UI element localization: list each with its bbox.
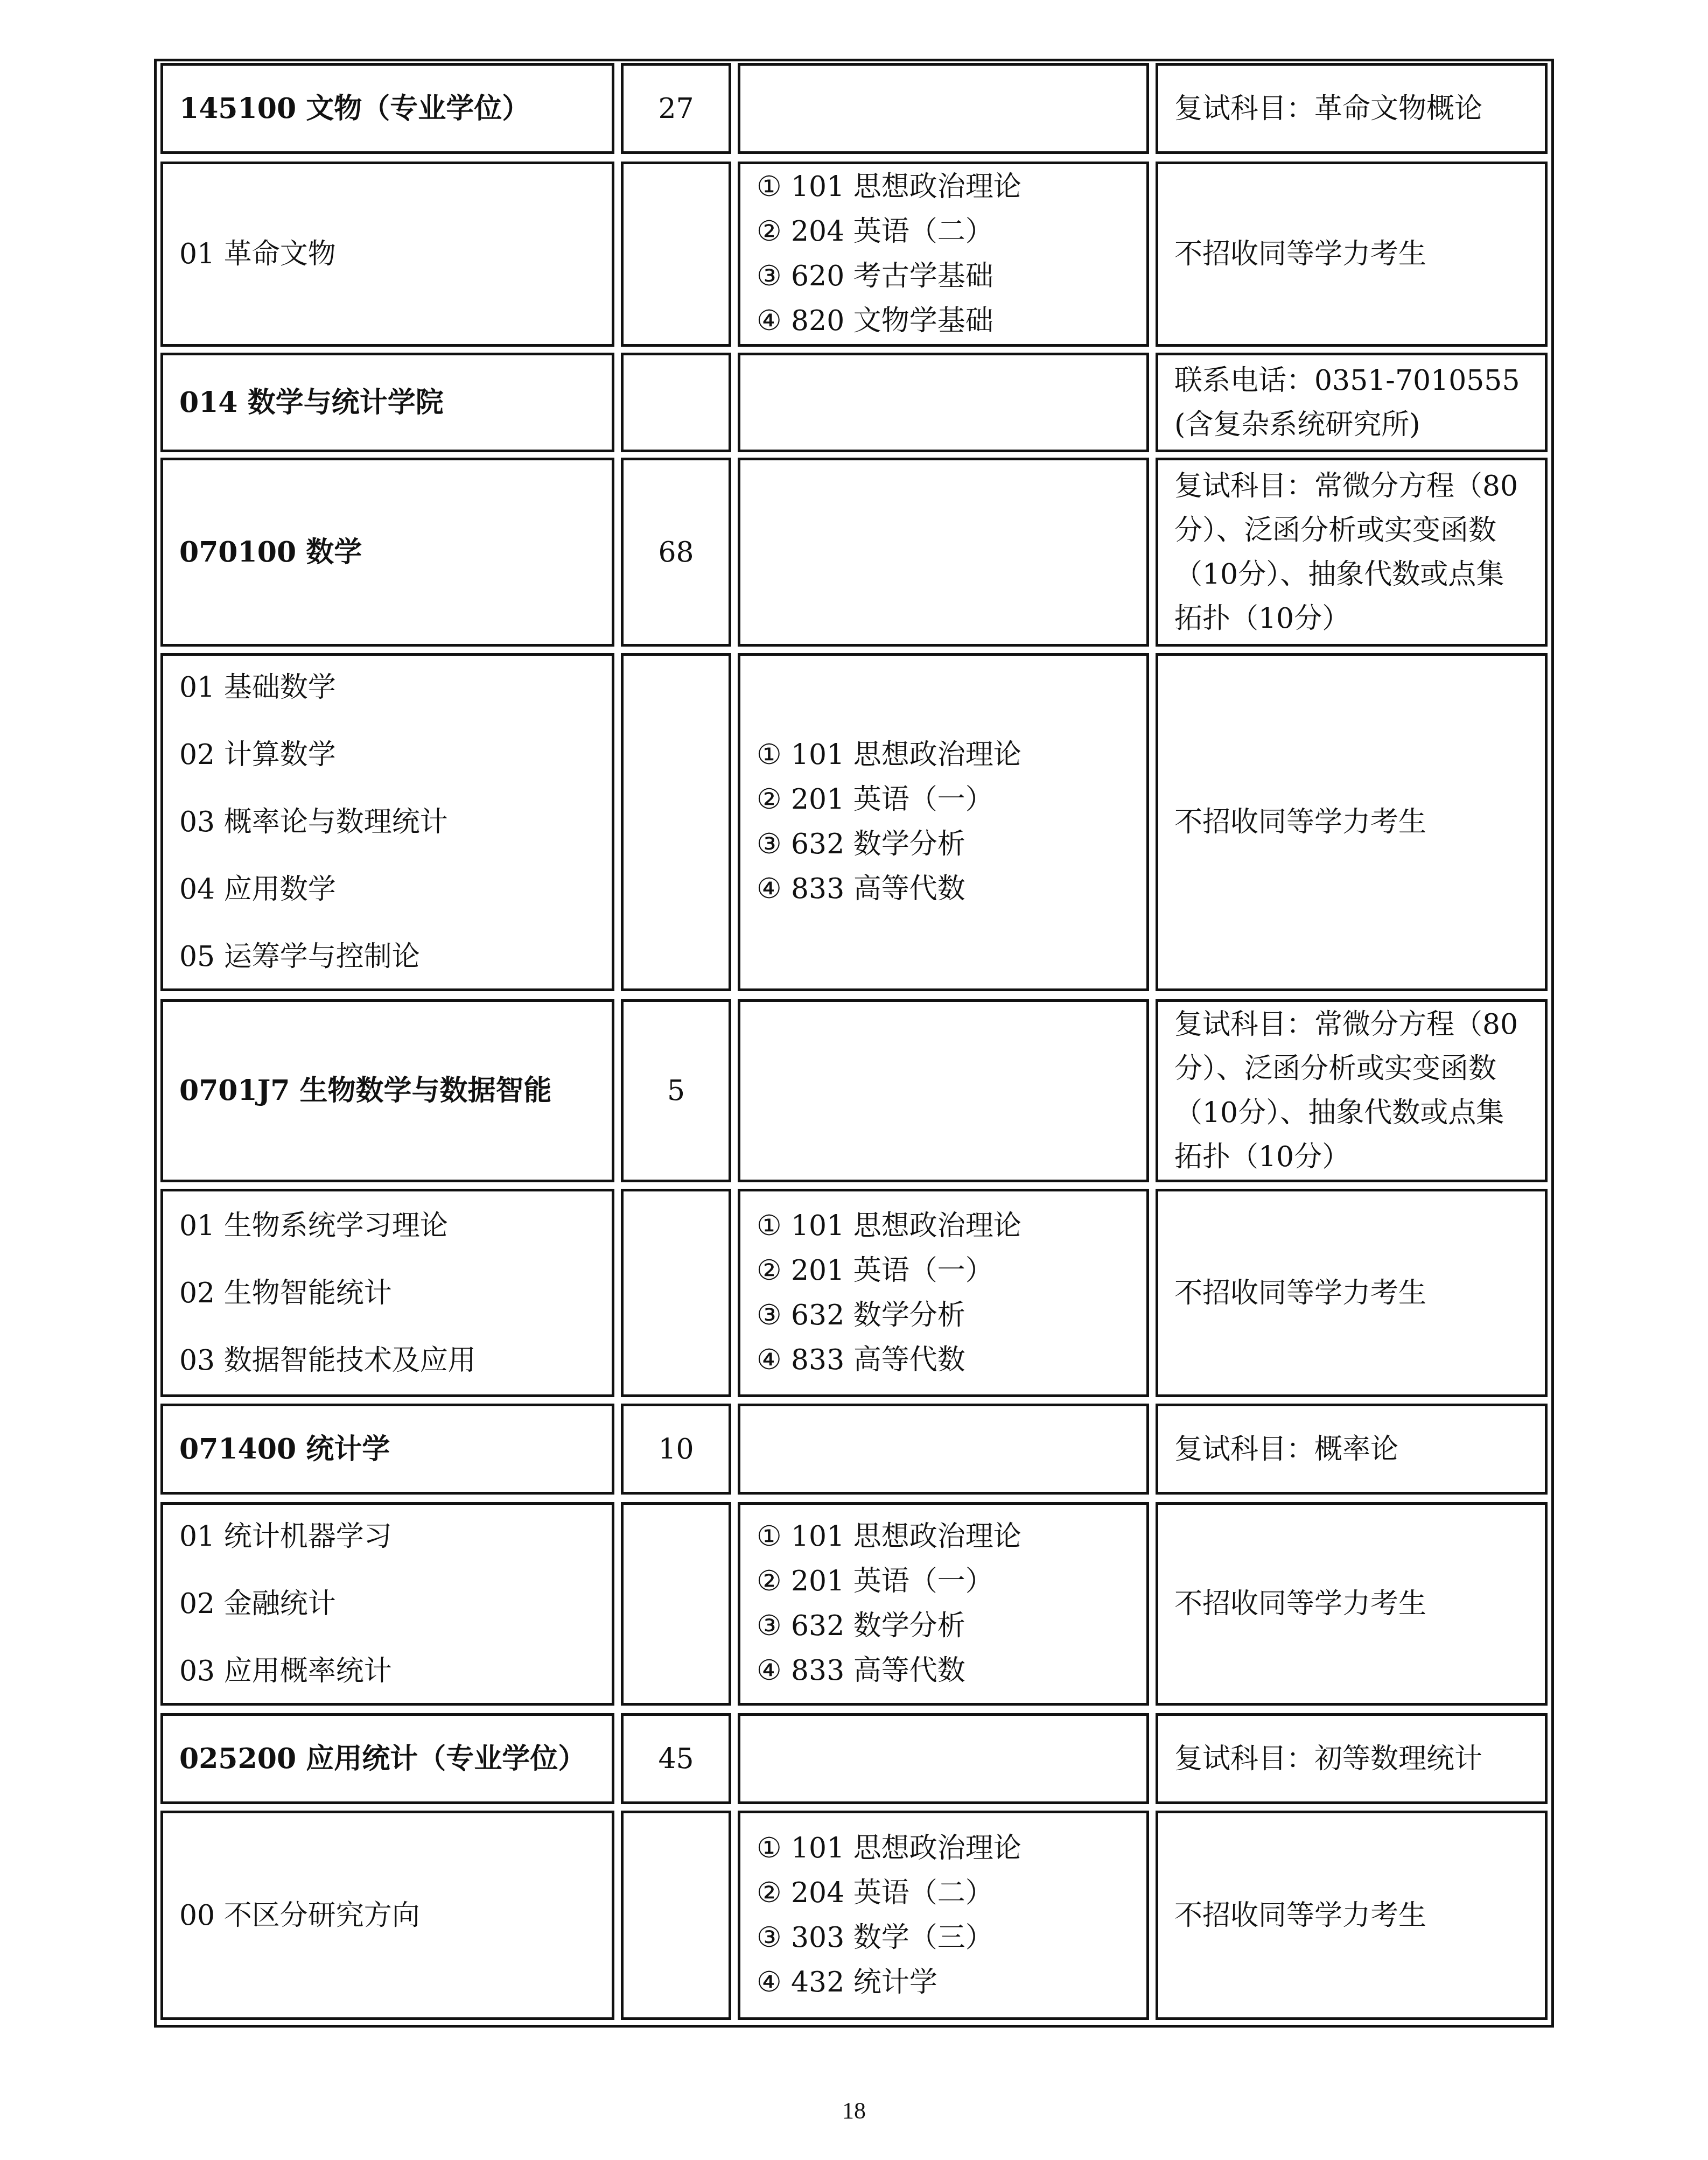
subject-item: ④833 高等代数 (757, 1649, 1021, 1693)
subject-item: ③632 数学分析 (757, 1604, 1021, 1649)
subject-item: ④432 统计学 (757, 1960, 1021, 2005)
circled-number-2: ② (757, 777, 791, 822)
direction-cell: 01 统计机器学习 02 金融统计 03 应用概率统计 (160, 1502, 614, 1706)
direction-cell: 01 生物系统学习理论 02 生物智能统计 03 数据智能技术及应用 (160, 1189, 614, 1397)
subject-text: 432 统计学 (791, 1960, 937, 2005)
subject-item: ②201 英语（一） (757, 777, 1021, 822)
department-cell: 014 数学与统计学院 (160, 353, 614, 452)
subjects-cell (738, 458, 1149, 647)
major-name: 145100 文物（专业学位） (179, 95, 530, 123)
note-text: 不招收同等学力考生 (1174, 240, 1426, 268)
direction-item: 01 基础数学 (179, 674, 448, 702)
note-text: 不招收同等学力考生 (1174, 1279, 1426, 1307)
subject-text: 204 英语（二） (791, 1871, 993, 1916)
page-number: 18 (0, 2097, 1708, 2124)
subject-text: 101 思想政治理论 (791, 1826, 1021, 1871)
note-line: （10分）、抽象代数或点集 (1174, 1091, 1541, 1135)
major-cell: 145100 文物（专业学位） (160, 63, 614, 154)
direction-cell: 00 不区分研究方向 (160, 1811, 614, 2020)
subjects-list: ①101 思想政治理论 ②204 英语（二） ③620 考古学基础 ④820 文… (757, 165, 1021, 343)
subject-item: ③632 数学分析 (757, 822, 1021, 867)
circled-number-1: ① (757, 1514, 791, 1559)
subjects-cell (738, 1713, 1149, 1804)
circled-number-4: ④ (757, 299, 791, 343)
note-cell: 不招收同等学力考生 (1156, 653, 1548, 991)
major-name: 070100 数学 (179, 538, 362, 566)
direction-item: 00 不区分研究方向 (179, 1902, 420, 1930)
subject-item: ②204 英语（二） (757, 1871, 1021, 1916)
subject-item: ①101 思想政治理论 (757, 165, 1021, 209)
quota-cell (621, 653, 731, 991)
subject-item: ①101 思想政治理论 (757, 1826, 1021, 1871)
subject-text: 101 思想政治理论 (791, 1204, 1021, 1249)
circled-number-1: ① (757, 1826, 791, 1871)
subject-item: ③632 数学分析 (757, 1293, 1021, 1338)
direction-item: 05 运筹学与控制论 (179, 943, 448, 971)
major-cell: 070100 数学 (160, 458, 614, 647)
subject-text: 632 数学分析 (791, 1604, 965, 1649)
subject-item: ①101 思想政治理论 (757, 1204, 1021, 1249)
note-line: 复试科目：常微分方程（80 (1174, 1002, 1541, 1047)
subject-text: 101 思想政治理论 (791, 1514, 1021, 1559)
circled-number-4: ④ (757, 1338, 791, 1383)
subject-item: ②201 英语（一） (757, 1249, 1021, 1293)
note-cell: 复试科目：概率论 (1156, 1404, 1548, 1495)
subjects-cell: ①101 思想政治理论 ②204 英语（二） ③303 数学（三） ④432 统… (738, 1811, 1149, 2020)
department-name: 014 数学与统计学院 (179, 389, 444, 417)
subject-item: ①101 思想政治理论 (757, 1514, 1021, 1559)
note-cell: 复试科目：初等数理统计 (1156, 1713, 1548, 1804)
direction-item: 02 生物智能统计 (179, 1279, 476, 1307)
subject-text: 820 文物学基础 (791, 299, 993, 343)
quota-value: 27 (658, 95, 694, 123)
subjects-list: ①101 思想政治理论 ②201 英语（一） ③632 数学分析 ④833 高等… (757, 1204, 1021, 1383)
direction-cell: 01 基础数学 02 计算数学 03 概率论与数理统计 04 应用数学 05 运… (160, 653, 614, 991)
note-text: 复试科目：初等数理统计 (1174, 1745, 1482, 1773)
direction-item: 03 应用概率统计 (179, 1657, 392, 1685)
circled-number-2: ② (757, 1249, 791, 1293)
note-cell: 复试科目：革命文物概论 (1156, 63, 1548, 154)
note-line: 分）、泛函分析或实变函数 (1174, 1047, 1541, 1091)
direction-list: 01 生物系统学习理论 02 生物智能统计 03 数据智能技术及应用 (179, 1212, 476, 1374)
quota-cell (621, 162, 731, 347)
note-line: 分）、泛函分析或实变函数 (1174, 508, 1541, 552)
direction-item: 01 革命文物 (179, 240, 336, 268)
circled-number-4: ④ (757, 1649, 791, 1693)
note-text: 不招收同等学力考生 (1174, 808, 1426, 836)
subject-text: 201 英语（一） (791, 1249, 993, 1293)
major-name: 0701J7 生物数学与数据智能 (179, 1077, 552, 1105)
direction-list: 01 统计机器学习 02 金融统计 03 应用概率统计 (179, 1523, 392, 1685)
major-name: 025200 应用统计（专业学位） (179, 1745, 586, 1773)
contact-info: 联系电话：0351-7010555 (含复杂系统研究所) (1174, 359, 1541, 447)
subjects-cell: ①101 思想政治理论 ②201 英语（一） ③632 数学分析 ④833 高等… (738, 1502, 1149, 1706)
subject-item: ②201 英语（一） (757, 1559, 1021, 1604)
subject-text: 833 高等代数 (791, 1338, 965, 1383)
note-cell: 不招收同等学力考生 (1156, 1811, 1548, 2020)
subject-text: 632 数学分析 (791, 1293, 965, 1338)
circled-number-3: ③ (757, 1916, 791, 1960)
subject-text: 101 思想政治理论 (791, 165, 1021, 209)
circled-number-3: ③ (757, 254, 791, 299)
subject-text: 303 数学（三） (791, 1916, 993, 1960)
direction-cell: 01 革命文物 (160, 162, 614, 347)
major-cell: 0701J7 生物数学与数据智能 (160, 999, 614, 1182)
direction-item: 01 统计机器学习 (179, 1523, 392, 1551)
circled-number-3: ③ (757, 1293, 791, 1338)
subjects-cell: ①101 思想政治理论 ②201 英语（一） ③632 数学分析 ④833 高等… (738, 1189, 1149, 1397)
quota-cell: 68 (621, 458, 731, 647)
quota-cell (621, 1502, 731, 1706)
subjects-cell: ①101 思想政治理论 ②201 英语（一） ③632 数学分析 ④833 高等… (738, 653, 1149, 991)
circled-number-2: ② (757, 1871, 791, 1916)
circled-number-1: ① (757, 733, 791, 777)
subject-text: 833 高等代数 (791, 867, 965, 911)
subject-item: ④820 文物学基础 (757, 299, 1021, 343)
contact-phone: 联系电话：0351-7010555 (1174, 359, 1541, 403)
direction-item: 03 概率论与数理统计 (179, 808, 448, 836)
subject-item: ④833 高等代数 (757, 1338, 1021, 1383)
subject-item: ③303 数学（三） (757, 1916, 1021, 1960)
direction-item: 01 生物系统学习理论 (179, 1212, 476, 1240)
quota-cell: 27 (621, 63, 731, 154)
major-cell: 071400 统计学 (160, 1404, 614, 1495)
major-name: 071400 统计学 (179, 1435, 390, 1463)
quota-cell: 45 (621, 1713, 731, 1804)
note-text: 复试科目：概率论 (1174, 1435, 1398, 1463)
subject-text: 204 英语（二） (791, 209, 993, 254)
subject-text: 201 英语（一） (791, 777, 993, 822)
note-cell: 不招收同等学力考生 (1156, 1189, 1548, 1397)
circled-number-4: ④ (757, 867, 791, 911)
note-text: 不招收同等学力考生 (1174, 1902, 1426, 1930)
note-cell: 不招收同等学力考生 (1156, 162, 1548, 347)
note-line: （10分）、抽象代数或点集 (1174, 552, 1541, 597)
quota-value: 45 (658, 1745, 694, 1773)
subject-text: 833 高等代数 (791, 1649, 965, 1693)
subject-text: 201 英语（一） (791, 1559, 993, 1604)
subject-item: ①101 思想政治理论 (757, 733, 1021, 777)
circled-number-2: ② (757, 209, 791, 254)
subjects-list: ①101 思想政治理论 ②204 英语（二） ③303 数学（三） ④432 统… (757, 1826, 1021, 2005)
note-text: 复试科目：革命文物概论 (1174, 95, 1482, 123)
quota-value: 68 (658, 538, 694, 566)
subjects-cell (738, 999, 1149, 1182)
direction-item: 04 应用数学 (179, 875, 448, 903)
direction-list: 01 基础数学 02 计算数学 03 概率论与数理统计 04 应用数学 05 运… (179, 674, 448, 971)
major-cell: 025200 应用统计（专业学位） (160, 1713, 614, 1804)
subject-text: 632 数学分析 (791, 822, 965, 867)
quota-cell (621, 353, 731, 452)
subjects-cell (738, 353, 1149, 452)
note-line: 拓扑（10分） (1174, 597, 1541, 641)
circled-number-1: ① (757, 165, 791, 209)
note-line: 拓扑（10分） (1174, 1135, 1541, 1179)
note-text: 不招收同等学力考生 (1174, 1590, 1426, 1618)
quota-cell: 10 (621, 1404, 731, 1495)
subject-text: 101 思想政治理论 (791, 733, 1021, 777)
note-text: 复试科目：常微分方程（80 分）、泛函分析或实变函数 （10分）、抽象代数或点集… (1174, 1002, 1541, 1179)
subject-item: ③620 考古学基础 (757, 254, 1021, 299)
circled-number-1: ① (757, 1204, 791, 1249)
subject-item: ②204 英语（二） (757, 209, 1021, 254)
contact-cell: 联系电话：0351-7010555 (含复杂系统研究所) (1156, 353, 1548, 452)
subjects-list: ①101 思想政治理论 ②201 英语（一） ③632 数学分析 ④833 高等… (757, 733, 1021, 911)
note-line: 复试科目：常微分方程（80 (1174, 464, 1541, 508)
note-cell: 不招收同等学力考生 (1156, 1502, 1548, 1706)
quota-value: 10 (658, 1435, 694, 1463)
circled-number-2: ② (757, 1559, 791, 1604)
note-cell: 复试科目：常微分方程（80 分）、泛函分析或实变函数 （10分）、抽象代数或点集… (1156, 458, 1548, 647)
note-text: 复试科目：常微分方程（80 分）、泛函分析或实变函数 （10分）、抽象代数或点集… (1174, 464, 1541, 641)
subjects-cell (738, 1404, 1149, 1495)
subject-item: ④833 高等代数 (757, 867, 1021, 911)
quota-cell (621, 1811, 731, 2020)
contact-scope: (含复杂系统研究所) (1174, 403, 1541, 447)
subject-text: 620 考古学基础 (791, 254, 993, 299)
subjects-cell (738, 63, 1149, 154)
circled-number-4: ④ (757, 1960, 791, 2005)
direction-item: 02 计算数学 (179, 741, 448, 769)
subjects-cell: ①101 思想政治理论 ②204 英语（二） ③620 考古学基础 ④820 文… (738, 162, 1149, 347)
quota-cell (621, 1189, 731, 1397)
quota-cell: 5 (621, 999, 731, 1182)
direction-item: 02 金融统计 (179, 1590, 392, 1618)
quota-value: 5 (667, 1077, 685, 1105)
subjects-list: ①101 思想政治理论 ②201 英语（一） ③632 数学分析 ④833 高等… (757, 1514, 1021, 1693)
note-cell: 复试科目：常微分方程（80 分）、泛函分析或实变函数 （10分）、抽象代数或点集… (1156, 999, 1548, 1182)
circled-number-3: ③ (757, 822, 791, 867)
direction-item: 03 数据智能技术及应用 (179, 1347, 476, 1374)
circled-number-3: ③ (757, 1604, 791, 1649)
